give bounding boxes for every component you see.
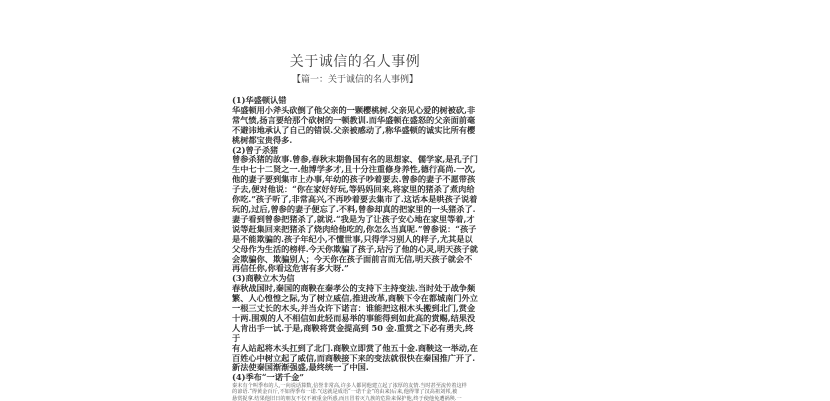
document-body: (1)华盛顿认错 华盛顿用小斧头砍倒了他父亲的一颗樱桃树.父亲见心爱的树被砍,非… bbox=[232, 96, 478, 401]
section-shangyang: (3)商鞅立木为信 春秋战国时,秦国的商鞅在秦孝公的支持下主持变法.当时处于战争… bbox=[232, 274, 478, 373]
document-page: 关于诚信的名人事例 【篇一：关于诚信的名人事例】 (1)华盛顿认错 华盛顿用小斧… bbox=[0, 0, 830, 401]
section-paragraph: 春秋战国时,秦国的商鞅在秦孝公的支持下主持变法.当时处于战争频 繁、人心惶惶之际… bbox=[232, 284, 478, 373]
document-title: 关于诚信的名人事例 bbox=[232, 55, 478, 70]
document-subtitle: 【篇一：关于诚信的名人事例】 bbox=[232, 75, 478, 85]
section-washington: (1)华盛顿认错 华盛顿用小斧头砍倒了他父亲的一颗樱桃树.父亲见心爱的树被砍,非… bbox=[232, 96, 478, 146]
section-paragraph: 曾参杀猪的故事.曾参,春秋末期鲁国有名的思想家、儒学家,是孔子门 生中七十二贤之… bbox=[232, 155, 478, 274]
document-content-column: 关于诚信的名人事例 【篇一：关于诚信的名人事例】 (1)华盛顿认错 华盛顿用小斧… bbox=[232, 0, 478, 401]
section-zengzi: (2)曾子杀猪 曾参杀猪的故事.曾参,春秋末期鲁国有名的思想家、儒学家,是孔子门… bbox=[232, 146, 478, 275]
section-paragraph: 华盛顿用小斧头砍倒了他父亲的一颗樱桃树.父亲见心爱的树被砍,非 常气愤,扬言要给… bbox=[232, 106, 478, 146]
section-jibu: (4)季布“一诺千金” 秦末有个叫季布的人,一向说话算数,信誉非常高,许多人都同… bbox=[232, 373, 478, 401]
section-heading: (4)季布“一诺千金” bbox=[232, 373, 478, 383]
section-paragraph-small: 秦末有个叫季布的人,一向说话算数,信誉非常高,许多人都同他建立起了浓厚的友情.当… bbox=[232, 383, 478, 401]
